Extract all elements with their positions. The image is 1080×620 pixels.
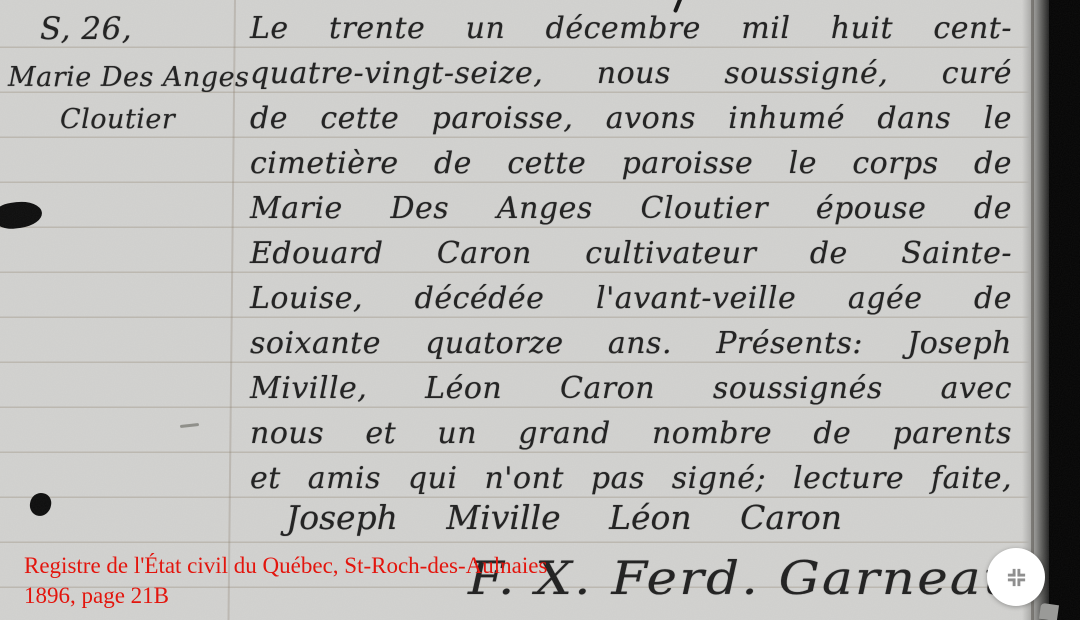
ink-blot xyxy=(0,199,43,231)
handwritten-line: Edouard Caron cultivateur de Sainte- xyxy=(250,236,1012,271)
handwritten-line: soixante quatorze ans. Présents: Joseph xyxy=(250,326,1012,361)
page-edge-shadow xyxy=(1022,0,1050,620)
exit-fullscreen-button[interactable] xyxy=(987,548,1045,606)
page-corner xyxy=(1039,603,1059,620)
margin-entry-number: S, 26, xyxy=(40,11,132,47)
caption-line-1: Registre de l'État civil du Québec, St-R… xyxy=(24,551,547,581)
exit-fullscreen-icon xyxy=(1005,566,1028,589)
handwritten-line: Louise, décédée l'avant-veille agée de xyxy=(250,281,1012,316)
black-background-edge xyxy=(1049,0,1080,620)
ink-blot xyxy=(28,491,53,517)
pencil-dash-mark xyxy=(180,423,199,428)
witness-signatures: Joseph Miville Léon Caron xyxy=(286,498,842,537)
register-viewer: S, 26, Marie Des Anges Cloutier Le trent… xyxy=(0,0,1080,620)
handwritten-line: Miville, Léon Caron soussignés avec xyxy=(250,371,1012,406)
handwritten-line: cimetière de cette paroisse le corps de xyxy=(250,146,1012,181)
margin-name-line-1: Marie Des Anges xyxy=(8,62,249,93)
handwritten-line: nous et un grand nombre de parents xyxy=(250,416,1012,451)
handwritten-line: Marie Des Anges Cloutier épouse de xyxy=(250,191,1012,226)
handwritten-line: et amis qui n'ont pas signé; lecture fai… xyxy=(250,461,1012,496)
handwritten-line: quatre-vingt-seize, nous soussigné, curé xyxy=(250,56,1012,91)
register-scan: S, 26, Marie Des Anges Cloutier Le trent… xyxy=(0,0,1080,620)
caption-line-2: 1896, page 21B xyxy=(24,581,547,611)
handwritten-line: de cette paroisse, avons inhumé dans le xyxy=(250,101,1012,136)
margin-name-line-2: Cloutier xyxy=(60,104,175,135)
source-caption: Registre de l'État civil du Québec, St-R… xyxy=(24,551,547,611)
handwritten-line: Le trente un décembre mil huit cent- xyxy=(250,11,1012,46)
